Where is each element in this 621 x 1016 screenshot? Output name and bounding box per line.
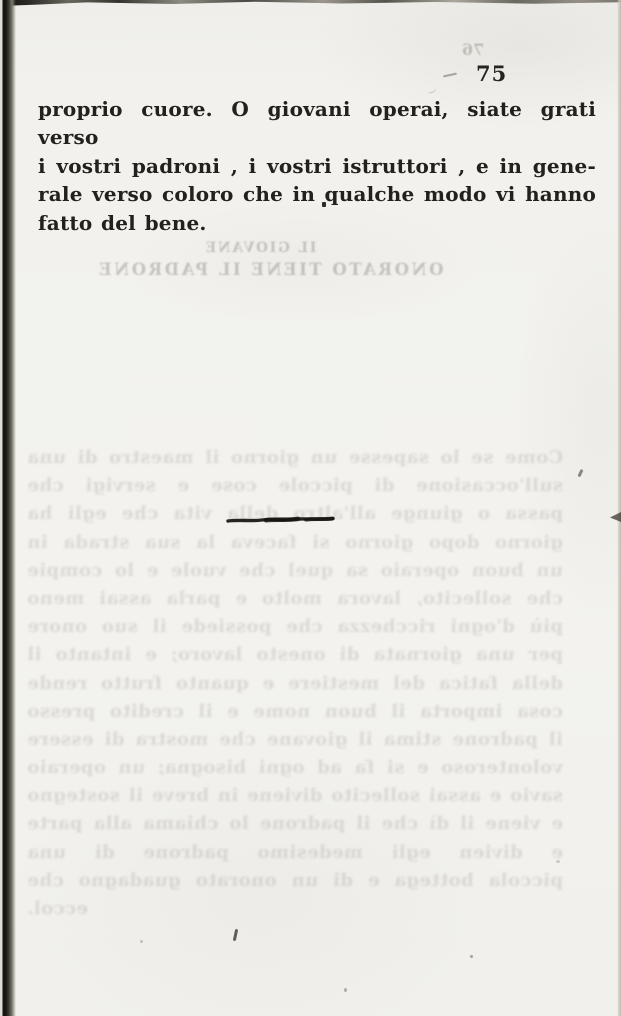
- page-right-edge: [617, 0, 621, 1016]
- bleedthrough-line: savio e assai sollecito diviene in breve…: [27, 782, 563, 810]
- ink-strike-mark: [226, 512, 336, 528]
- bleedthrough-line: un buon operaio sa quel che vuole e lo c…: [27, 557, 563, 585]
- pencil-curve-mark: [426, 84, 437, 94]
- bleedthrough-line: piccola bottega e di un onorato guadagno…: [27, 867, 563, 895]
- bleedthrough-line: sull'occasione di piccole cose e servigi…: [27, 472, 563, 500]
- dust-speck: [556, 860, 560, 863]
- bleedthrough-line: cosa importa il buon nome e il credito p…: [27, 698, 563, 726]
- paragraph-line: rale verso coloro che in qualche modo vi…: [38, 180, 596, 208]
- scanned-book-page: { "document": { "page_number": "75", "pa…: [0, 0, 621, 1016]
- book-gutter-shadow: [0, 0, 16, 1016]
- bleedthrough-line: della fatica del mestiere e quanto frutt…: [27, 670, 563, 698]
- paragraph-line: i vostri padroni , i vostri istruttori ,…: [38, 152, 596, 180]
- bleedthrough-line: eccol.: [27, 895, 563, 923]
- body-paragraph: proprio cuore. O giovani operai, siate g…: [38, 95, 596, 237]
- scan-top-edge: [0, 0, 621, 6]
- bleedthrough-line: che sollecito, lavora molto e parla assa…: [27, 585, 563, 613]
- bleedthrough-line: e viene il dì che il padrone lo chiama a…: [27, 810, 563, 838]
- bleedthrough-line: per una giornata di onesto lavoro; e int…: [27, 641, 563, 669]
- bleedthrough-page-number: 76: [462, 40, 484, 59]
- bleedthrough-line: il padrone stima il giovane che mostra d…: [27, 726, 563, 754]
- dust-speck: [140, 940, 143, 943]
- bleedthrough-line: Come se lo sapesse un giorno il maestro …: [27, 444, 563, 472]
- dust-speck: [470, 955, 473, 958]
- paragraph-line: proprio cuore. O giovani operai, siate g…: [38, 95, 596, 152]
- bleedthrough-heading-line: ONORATO TIENE IL PADRONE: [92, 260, 448, 279]
- bleedthrough-line: volonteroso e si fa ad ogni bisogna; un …: [27, 754, 563, 782]
- pencil-dash-mark: [443, 73, 457, 78]
- bleedthrough-line: più d'ogni ricchezza che possiede il suo…: [27, 613, 563, 641]
- bleedthrough-line: giorno dopo giorno si faceva la sua stra…: [27, 529, 563, 557]
- dust-speck: [344, 988, 347, 992]
- ink-speck: [322, 202, 326, 207]
- stray-slash-mark: [577, 469, 583, 477]
- bleedthrough-heading-line: IL GIOVANE: [155, 240, 365, 256]
- stray-slash-mark: [233, 929, 238, 941]
- paragraph-line: fatto del bene.: [38, 209, 596, 237]
- right-edge-ink-mark: [610, 512, 621, 522]
- page-number: 75: [476, 61, 507, 86]
- bleedthrough-line: e divien egli medesimo padrone di una: [27, 839, 563, 867]
